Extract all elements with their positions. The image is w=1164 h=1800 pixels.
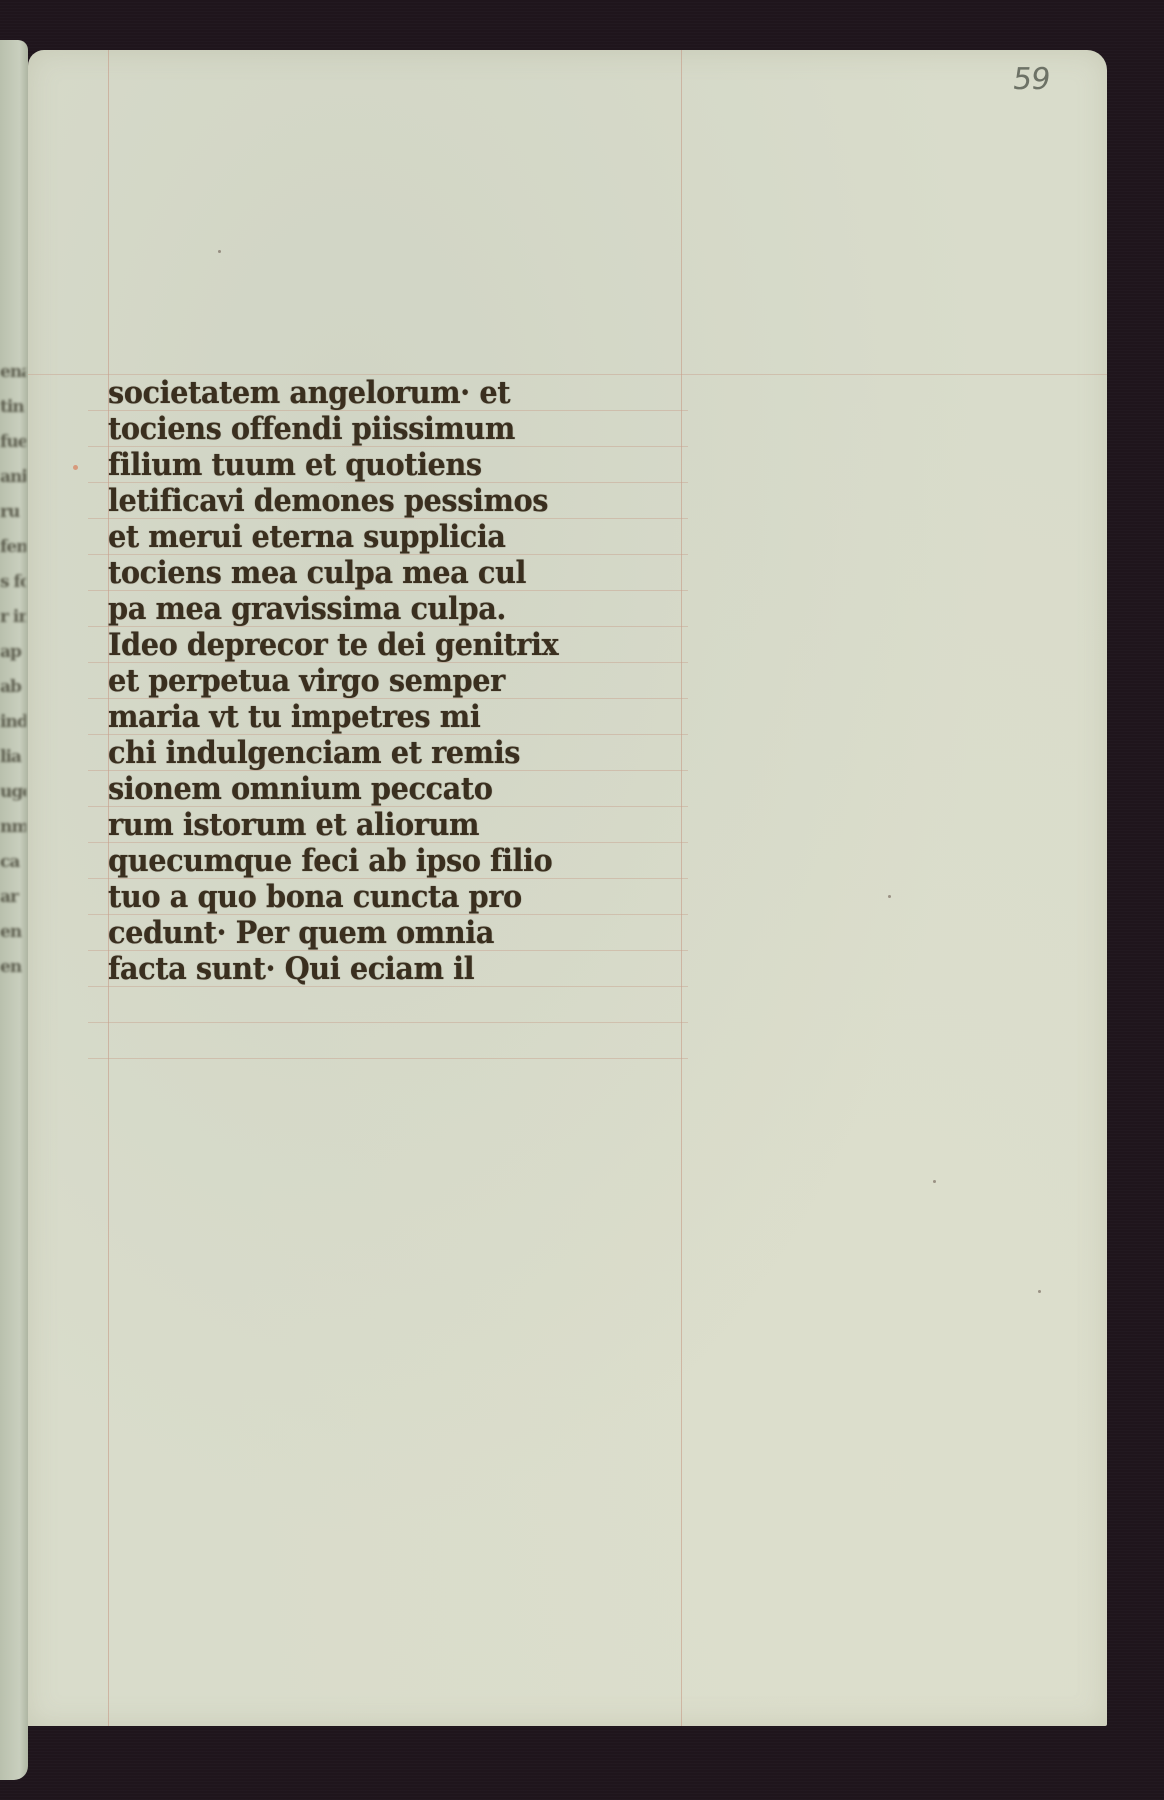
manuscript-line: societatem angelorum· et [108, 375, 629, 411]
manuscript-line: letificavi demones pessimos [108, 483, 629, 519]
parchment-speck [888, 895, 891, 898]
facing-page-text: ena tin fue ani ru fen s fo r in ap ab i… [0, 360, 26, 979]
facing-fragment: fue [0, 430, 26, 454]
facing-fragment: ena [0, 360, 26, 384]
parchment-speck [1038, 1290, 1041, 1293]
manuscript-line: tuo a quo bona cuncta pro [108, 879, 629, 915]
facing-fragment: uge [0, 780, 26, 804]
manuscript-line: et perpetua virgo semper [108, 663, 629, 699]
facing-fragment: s fo [0, 570, 26, 594]
line-ruling [88, 1022, 688, 1023]
manuscript-line: pa mea gravissima culpa. [108, 591, 629, 627]
manuscript-line: facta sunt· Qui eciam il [108, 951, 629, 987]
facing-fragment: lia [0, 745, 26, 769]
facing-fragment: ani [0, 465, 26, 489]
manuscript-line: rum istorum et aliorum [108, 807, 629, 843]
text-block: societatem angelorum· et tociens offendi… [108, 375, 668, 987]
facing-fragment: ap [0, 640, 26, 664]
facing-fragment: ca [0, 850, 26, 874]
manuscript-line: filium tuum et quotiens [108, 447, 629, 483]
manuscript-line: tociens mea culpa mea cul [108, 555, 629, 591]
parchment-speck [933, 1180, 936, 1183]
facing-fragment: ru [0, 500, 26, 524]
facing-page-edge: ena tin fue ani ru fen s fo r in ap ab i… [0, 40, 28, 1780]
facing-fragment: ar [0, 885, 26, 909]
manuscript-line: tociens offendi piissimum [108, 411, 629, 447]
folio-number: 59 [1011, 62, 1052, 97]
facing-fragment: ind [0, 710, 26, 734]
manuscript-line: maria vt tu impetres mi [108, 699, 629, 735]
manuscript-line: cedunt· Per quem omnia [108, 915, 629, 951]
facing-fragment: r in [0, 605, 26, 629]
pricking-mark [73, 465, 78, 470]
facing-fragment: en [0, 920, 26, 944]
facing-fragment: fen [0, 535, 26, 559]
right-margin-ruling [681, 50, 682, 1726]
manuscript-line: Ideo deprecor te dei genitrix [108, 627, 629, 663]
manuscript-line: sionem omnium peccato [108, 771, 629, 807]
parchment-speck [218, 250, 221, 253]
manuscript-line: et merui eterna supplicia [108, 519, 629, 555]
facing-fragment: ab [0, 675, 26, 699]
facing-fragment: en [0, 955, 26, 979]
facing-fragment: tin [0, 395, 26, 419]
line-ruling [88, 1058, 688, 1059]
manuscript-line: quecumque feci ab ipso filio [108, 843, 629, 879]
facing-fragment: nm [0, 815, 26, 839]
manuscript-page: 59 societatem angelorum· et tociens offe… [28, 50, 1107, 1726]
manuscript-line: chi indulgenciam et remis [108, 735, 629, 771]
